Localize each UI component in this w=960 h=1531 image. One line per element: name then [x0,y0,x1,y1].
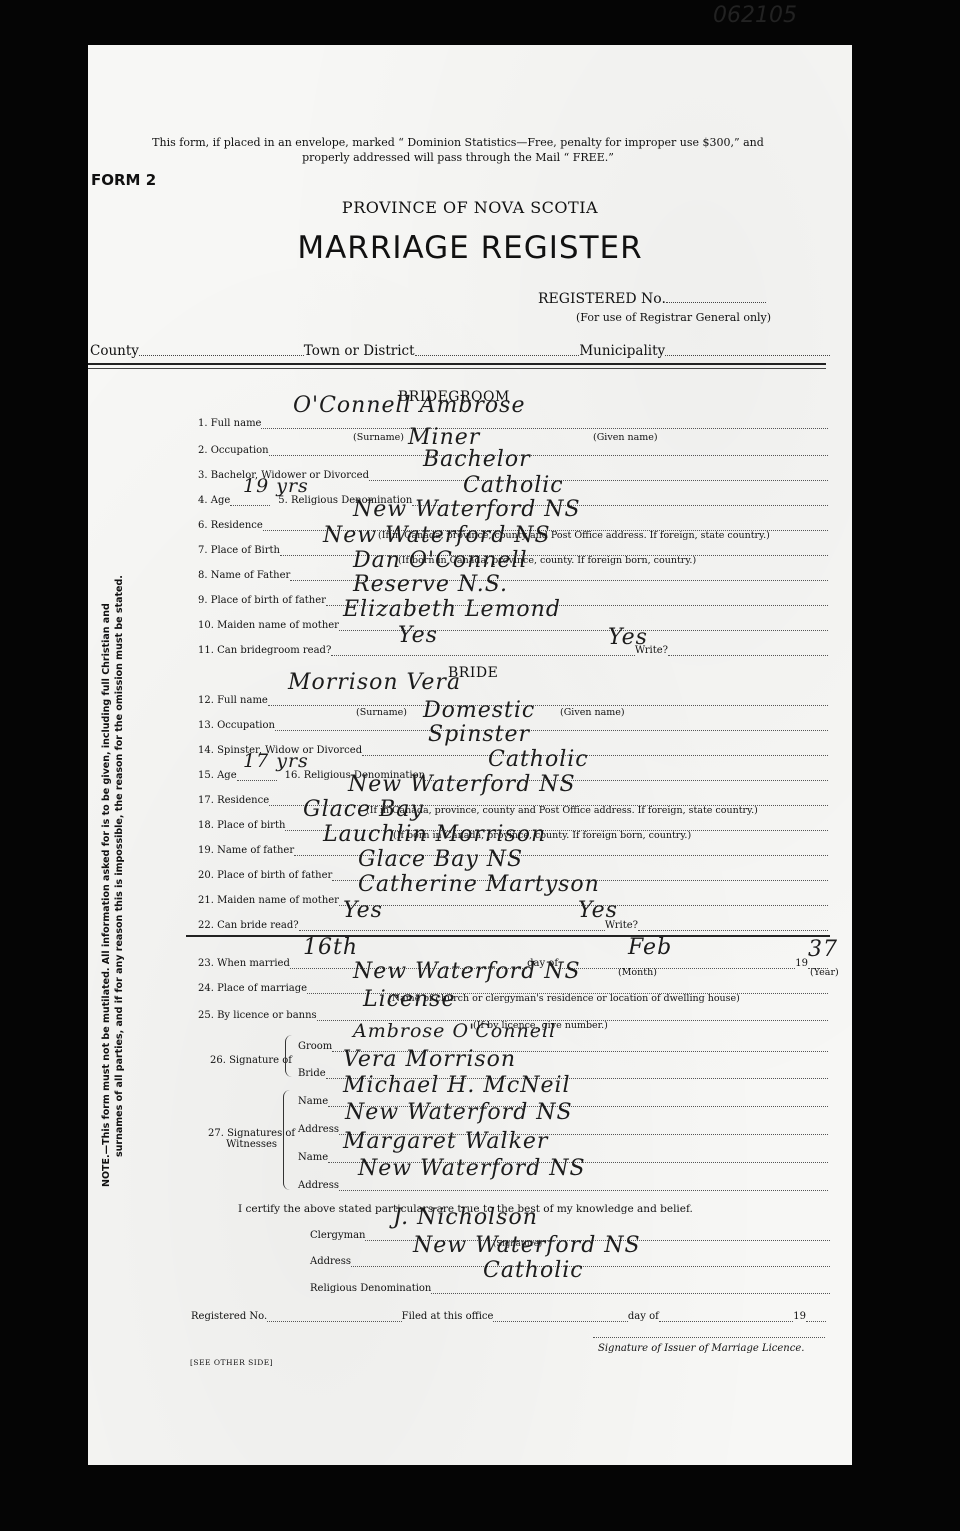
year-prefix: 19 [795,958,808,969]
field-label: 1. Full name [198,418,261,429]
footer-registered-no-field[interactable] [267,1311,401,1322]
see-other-side-note: [SEE OTHER SIDE] [190,1358,273,1367]
county-blank[interactable] [139,343,304,356]
field-label: 21. Maiden name of mother [198,895,339,906]
location-row: County Town or District Municipality [90,343,830,359]
field-label: Registered No. [191,1311,267,1322]
married-day-value: 16th [303,935,358,960]
field-label: 23. When married [198,958,290,969]
field-label: 12. Full name [198,695,268,706]
bride-residence-value: New Waterford NS [348,772,576,797]
field-label: Name [298,1096,328,1107]
field-label: Address [298,1180,339,1191]
bride-literacy-row: 22. Can bride read? Write? [198,917,828,931]
form-number: FORM 2 [91,171,156,189]
groom-age-value: 19 yrs [243,475,309,497]
field-label: 24. Place of marriage [198,983,307,994]
licence-row: 25. By licence or banns [198,1007,828,1021]
filed-day-field[interactable] [659,1311,793,1322]
field-label: day of [628,1311,659,1322]
groom-signature-value: Ambrose O'Connell [353,1020,556,1042]
year-hint: (Year) [810,967,839,978]
registered-no-blank[interactable] [666,302,766,303]
groom-write-field[interactable] [668,645,828,656]
groom-mother-value: Elizabeth Lemond [343,597,561,622]
field-label: 9. Place of birth of father [198,595,326,606]
field-label: 8. Name of Father [198,570,290,581]
field-label: Name [298,1152,328,1163]
bride-full-name-field[interactable] [268,695,828,706]
field-label: 13. Occupation [198,720,275,731]
groom-write-value: Yes [608,625,648,650]
groom-read-field[interactable] [331,645,635,656]
field-label: 7. Place of Birth [198,545,280,556]
clergy-denomination-field[interactable] [431,1283,830,1294]
residence-hint: (If in Canada, province, county and Post… [366,805,758,816]
town-label: Town or District [304,343,415,359]
groom-residence-value: New Waterford NS [353,497,581,522]
bride-full-name-value: Morrison Vera [288,670,461,695]
field-label: 6. Residence [198,520,263,531]
married-year-value: 37 [808,937,838,962]
field-label: 20. Place of birth of father [198,870,332,881]
clergy-address-value: New Waterford NS [413,1233,641,1258]
postal-notice: This form, if placed in an envelope, mar… [138,135,778,165]
bride-mother-value: Catherine Martyson [358,872,600,897]
bride-father-birthplace-value: Glace Bay NS [358,847,523,872]
registered-no-field: REGISTERED No. [538,291,766,307]
month-hint: (Month) [618,967,657,978]
issuer-signature-label: Signature of Issuer of Marriage Licence. [598,1343,804,1354]
field-label: 22. Can bride read? [198,920,299,931]
county-label: County [90,343,139,359]
field-label: 11. Can bridegroom read? [198,645,331,656]
municipality-label: Municipality [579,343,665,359]
groom-marital-value: Bachelor [423,447,531,472]
witness-2-address-field[interactable] [339,1180,828,1191]
field-label: 10. Maiden name of mother [198,620,339,631]
groom-father-value: Dan O'Connell [353,548,528,573]
witness-1-address-value: New Waterford NS [345,1100,573,1125]
field-label: Filed at this office [402,1311,494,1322]
municipality-blank[interactable] [665,343,830,356]
filed-year-field[interactable] [806,1311,826,1322]
groom-full-name-value: O'Connell Ambrose [293,393,526,418]
field-label: 15. Age [198,770,237,781]
bride-religion-value: Catholic [488,747,589,772]
divider [88,363,826,369]
marriage-register-form: 062105 This form, if placed in an envelo… [88,45,852,1465]
side-note: NOTE.—This form must not be mutilated. A… [100,567,126,1187]
field-label: 19. Name of father [198,845,294,856]
bride-father-value: Lauchlin Morrison [323,822,546,847]
field-label: 18. Place of birth [198,820,285,831]
field-label: Groom [298,1041,332,1052]
licence-value: License [363,987,455,1012]
bride-marital-value: Spinster [428,722,530,747]
place-of-marriage-value: New Waterford NS [353,959,581,984]
groom-religion-value: Catholic [463,473,564,498]
signature-of-label: 26. Signature of [210,1055,292,1066]
province-heading: PROVINCE OF NOVA SCOTIA [88,198,852,217]
field-label: Address [298,1124,339,1135]
groom-occupation-field[interactable] [269,445,828,456]
bride-read-value: Yes [343,898,383,923]
married-month-field[interactable] [558,958,795,969]
field-label: Religious Denomination [310,1283,431,1294]
groom-read-value: Yes [398,623,438,648]
field-label: Bride [298,1068,326,1079]
field-label: 17. Residence [198,795,269,806]
registered-no-label: REGISTERED No. [538,291,666,307]
town-blank[interactable] [415,343,580,356]
registered-no-note: (For use of Registrar General only) [576,311,771,324]
page-title: MARRIAGE REGISTER [88,230,852,266]
witness-2-address-value: New Waterford NS [358,1156,586,1181]
year-prefix: 19 [793,1311,806,1322]
groom-birthplace-value: New Waterford NS [323,523,551,548]
witness-2-name-value: Margaret Walker [343,1129,548,1154]
bride-age-value: 17 yrs [243,750,309,772]
field-label: Address [310,1256,351,1267]
groom-full-name-field[interactable] [261,418,828,429]
brace [283,1090,290,1190]
married-month-value: Feb [628,935,672,960]
field-label: 25. By licence or banns [198,1010,317,1021]
brace [285,1035,292,1077]
filed-field[interactable] [493,1311,627,1322]
clergy-denomination-value: Catholic [483,1258,584,1283]
groom-literacy-row: 11. Can bridegroom read? Write? [198,642,828,656]
bride-signature-value: Vera Morrison [343,1047,516,1072]
bride-write-field[interactable] [638,920,828,931]
bride-occupation-value: Domestic [423,698,535,723]
side-note-line2: surnames of all parties, and if for any … [113,567,126,1187]
footer-registration-row: Registered No. Filed at this office day … [191,1308,826,1322]
field-label: 2. Occupation [198,445,269,456]
bride-write-value: Yes [578,898,618,923]
bride-occupation-field[interactable] [275,720,828,731]
field-label: 4. Age [198,495,230,506]
groom-father-birthplace-value: Reserve N.S. [353,572,508,597]
side-note-line1: NOTE.—This form must not be mutilated. A… [100,567,113,1187]
issuer-signature-field[interactable] [593,1337,825,1338]
witness-1-name-value: Michael H. McNeil [343,1073,571,1098]
bride-birthplace-value: Glace Bay [303,797,424,822]
section-divider [186,935,830,937]
document-id-number: 062105 [713,3,797,28]
clergyman-signature-value: J. Nicholson [393,1205,538,1230]
field-label: Clergyman [310,1230,365,1241]
